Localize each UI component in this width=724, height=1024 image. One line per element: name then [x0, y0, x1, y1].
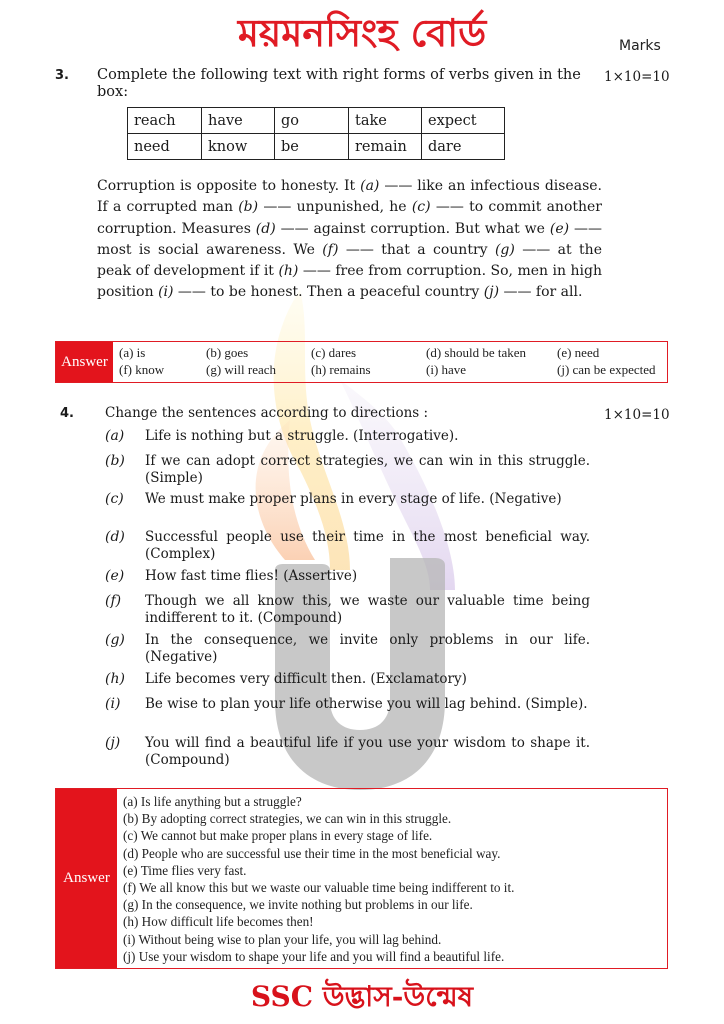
- answer-item: (f) We all know this but we waste our va…: [123, 879, 514, 896]
- item-label: (i): [105, 696, 120, 712]
- answer-item: (i) Without being wise to plan your life…: [123, 931, 514, 948]
- blank-label: (j): [484, 284, 499, 300]
- answer-item: (e) Time flies very fast.: [123, 862, 514, 879]
- item-label: (a): [105, 428, 124, 444]
- answer-item: (j) Use your wisdom to shape your life a…: [123, 948, 514, 965]
- question-4-number: 4.: [60, 406, 74, 421]
- question-4-prompt: Change the sentences according to direct…: [105, 405, 428, 422]
- item-text: Though we all know this, we waste our va…: [145, 593, 590, 627]
- answer-item: (a) is: [119, 345, 206, 362]
- question-4-marks: 1×10=10: [604, 407, 670, 423]
- verb-cell: reach: [128, 108, 202, 134]
- question-3-prompt: Complete the following text with right f…: [97, 67, 587, 101]
- question-4-answer-box: Answer (a) Is life anything but a strugg…: [55, 788, 668, 969]
- passage-text: —— against corruption. But what we: [276, 221, 550, 237]
- verb-box-row: need know be remain dare: [128, 134, 505, 160]
- item-label: (c): [105, 491, 124, 507]
- passage-text: —— to be honest. Then a peaceful country: [173, 284, 483, 300]
- verb-box-row: reach have go take expect: [128, 108, 505, 134]
- answer-item: (g) In the consequence, we invite nothin…: [123, 896, 514, 913]
- blank-label: (f): [322, 242, 338, 258]
- blank-label: (g): [495, 242, 515, 258]
- answer-item: (h) How difficult life becomes then!: [123, 913, 514, 930]
- marks-column-header: Marks: [619, 38, 661, 54]
- answer-item: (c) dares: [311, 345, 426, 362]
- answer-label: Answer: [56, 789, 117, 968]
- verb-cell: remain: [349, 134, 422, 160]
- item-text: We must make proper plans in every stage…: [145, 491, 590, 508]
- verb-cell: need: [128, 134, 202, 160]
- answer-item: (j) can be expected: [557, 362, 667, 379]
- answer-item: (e) need: [557, 345, 667, 362]
- answer-item: (h) remains: [311, 362, 426, 379]
- answer-item: (a) Is life anything but a struggle?: [123, 793, 514, 810]
- item-label: (d): [105, 529, 125, 545]
- passage-text: Corruption is opposite to honesty. It: [97, 178, 360, 194]
- item-text: Life is nothing but a struggle. (Interro…: [145, 428, 590, 445]
- item-label: (h): [105, 671, 125, 687]
- verb-cell: expect: [422, 108, 505, 134]
- item-label: (e): [105, 568, 124, 584]
- question-4-answer-list: (a) Is life anything but a struggle?(b) …: [117, 789, 514, 968]
- verb-cell: dare: [422, 134, 505, 160]
- blank-label: (e): [550, 221, 569, 237]
- verb-cell: take: [349, 108, 422, 134]
- board-title: ময়মনসিংহ বোর্ড: [0, 4, 724, 68]
- verb-box: reach have go take expect need know be r…: [127, 107, 505, 160]
- question-3-answer-box: Answer (a) is(b) goes(c) dares(d) should…: [55, 341, 668, 383]
- item-text: In the consequence, we invite only probl…: [145, 632, 590, 666]
- question-3-marks: 1×10=10: [604, 69, 670, 85]
- verb-cell: know: [202, 134, 275, 160]
- item-text: Life becomes very difficult then. (Excla…: [145, 671, 590, 688]
- item-label: (b): [105, 453, 125, 469]
- blank-label: (a): [360, 178, 379, 194]
- item-text: How fast time flies! (Assertive): [145, 568, 590, 585]
- item-text: You will find a beautiful life if you us…: [145, 735, 590, 769]
- item-text: If we can adopt correct strategies, we c…: [145, 453, 590, 487]
- answer-item: (c) We cannot but make proper plans in e…: [123, 827, 514, 844]
- footer-title: SSC উদ্ভাস-উন্মেষ: [0, 975, 724, 1022]
- passage-text: —— that a country: [338, 242, 495, 258]
- item-label: (j): [105, 735, 120, 751]
- item-label: (f): [105, 593, 121, 609]
- blank-label: (b): [238, 199, 258, 215]
- blank-label: (h): [278, 263, 298, 279]
- answer-item: (b) By adopting correct strategies, we c…: [123, 810, 514, 827]
- answer-label: Answer: [56, 342, 113, 382]
- passage-text: —— unpunished, he: [258, 199, 412, 215]
- item-text: Successful people use their time in the …: [145, 529, 590, 563]
- question-3-passage: Corruption is opposite to honesty. It (a…: [97, 176, 602, 304]
- passage-text: —— for all.: [499, 284, 582, 300]
- verb-cell: be: [275, 134, 349, 160]
- blank-label: (c): [412, 199, 431, 215]
- blank-label: (i): [158, 284, 173, 300]
- answer-item: (d) People who are successful use their …: [123, 845, 514, 862]
- answer-item: (b) goes: [206, 345, 311, 362]
- question-3-answer-grid: (a) is(b) goes(c) dares(d) should be tak…: [113, 342, 667, 382]
- verb-cell: have: [202, 108, 275, 134]
- answer-item: (i) have: [426, 362, 557, 379]
- blank-label: (d): [256, 221, 276, 237]
- answer-item: (g) will reach: [206, 362, 311, 379]
- item-label: (g): [105, 632, 125, 648]
- answer-item: (f) know: [119, 362, 206, 379]
- verb-cell: go: [275, 108, 349, 134]
- answer-item: (d) should be taken: [426, 345, 557, 362]
- item-text: Be wise to plan your life otherwise you …: [145, 696, 590, 713]
- question-3-number: 3.: [55, 68, 69, 83]
